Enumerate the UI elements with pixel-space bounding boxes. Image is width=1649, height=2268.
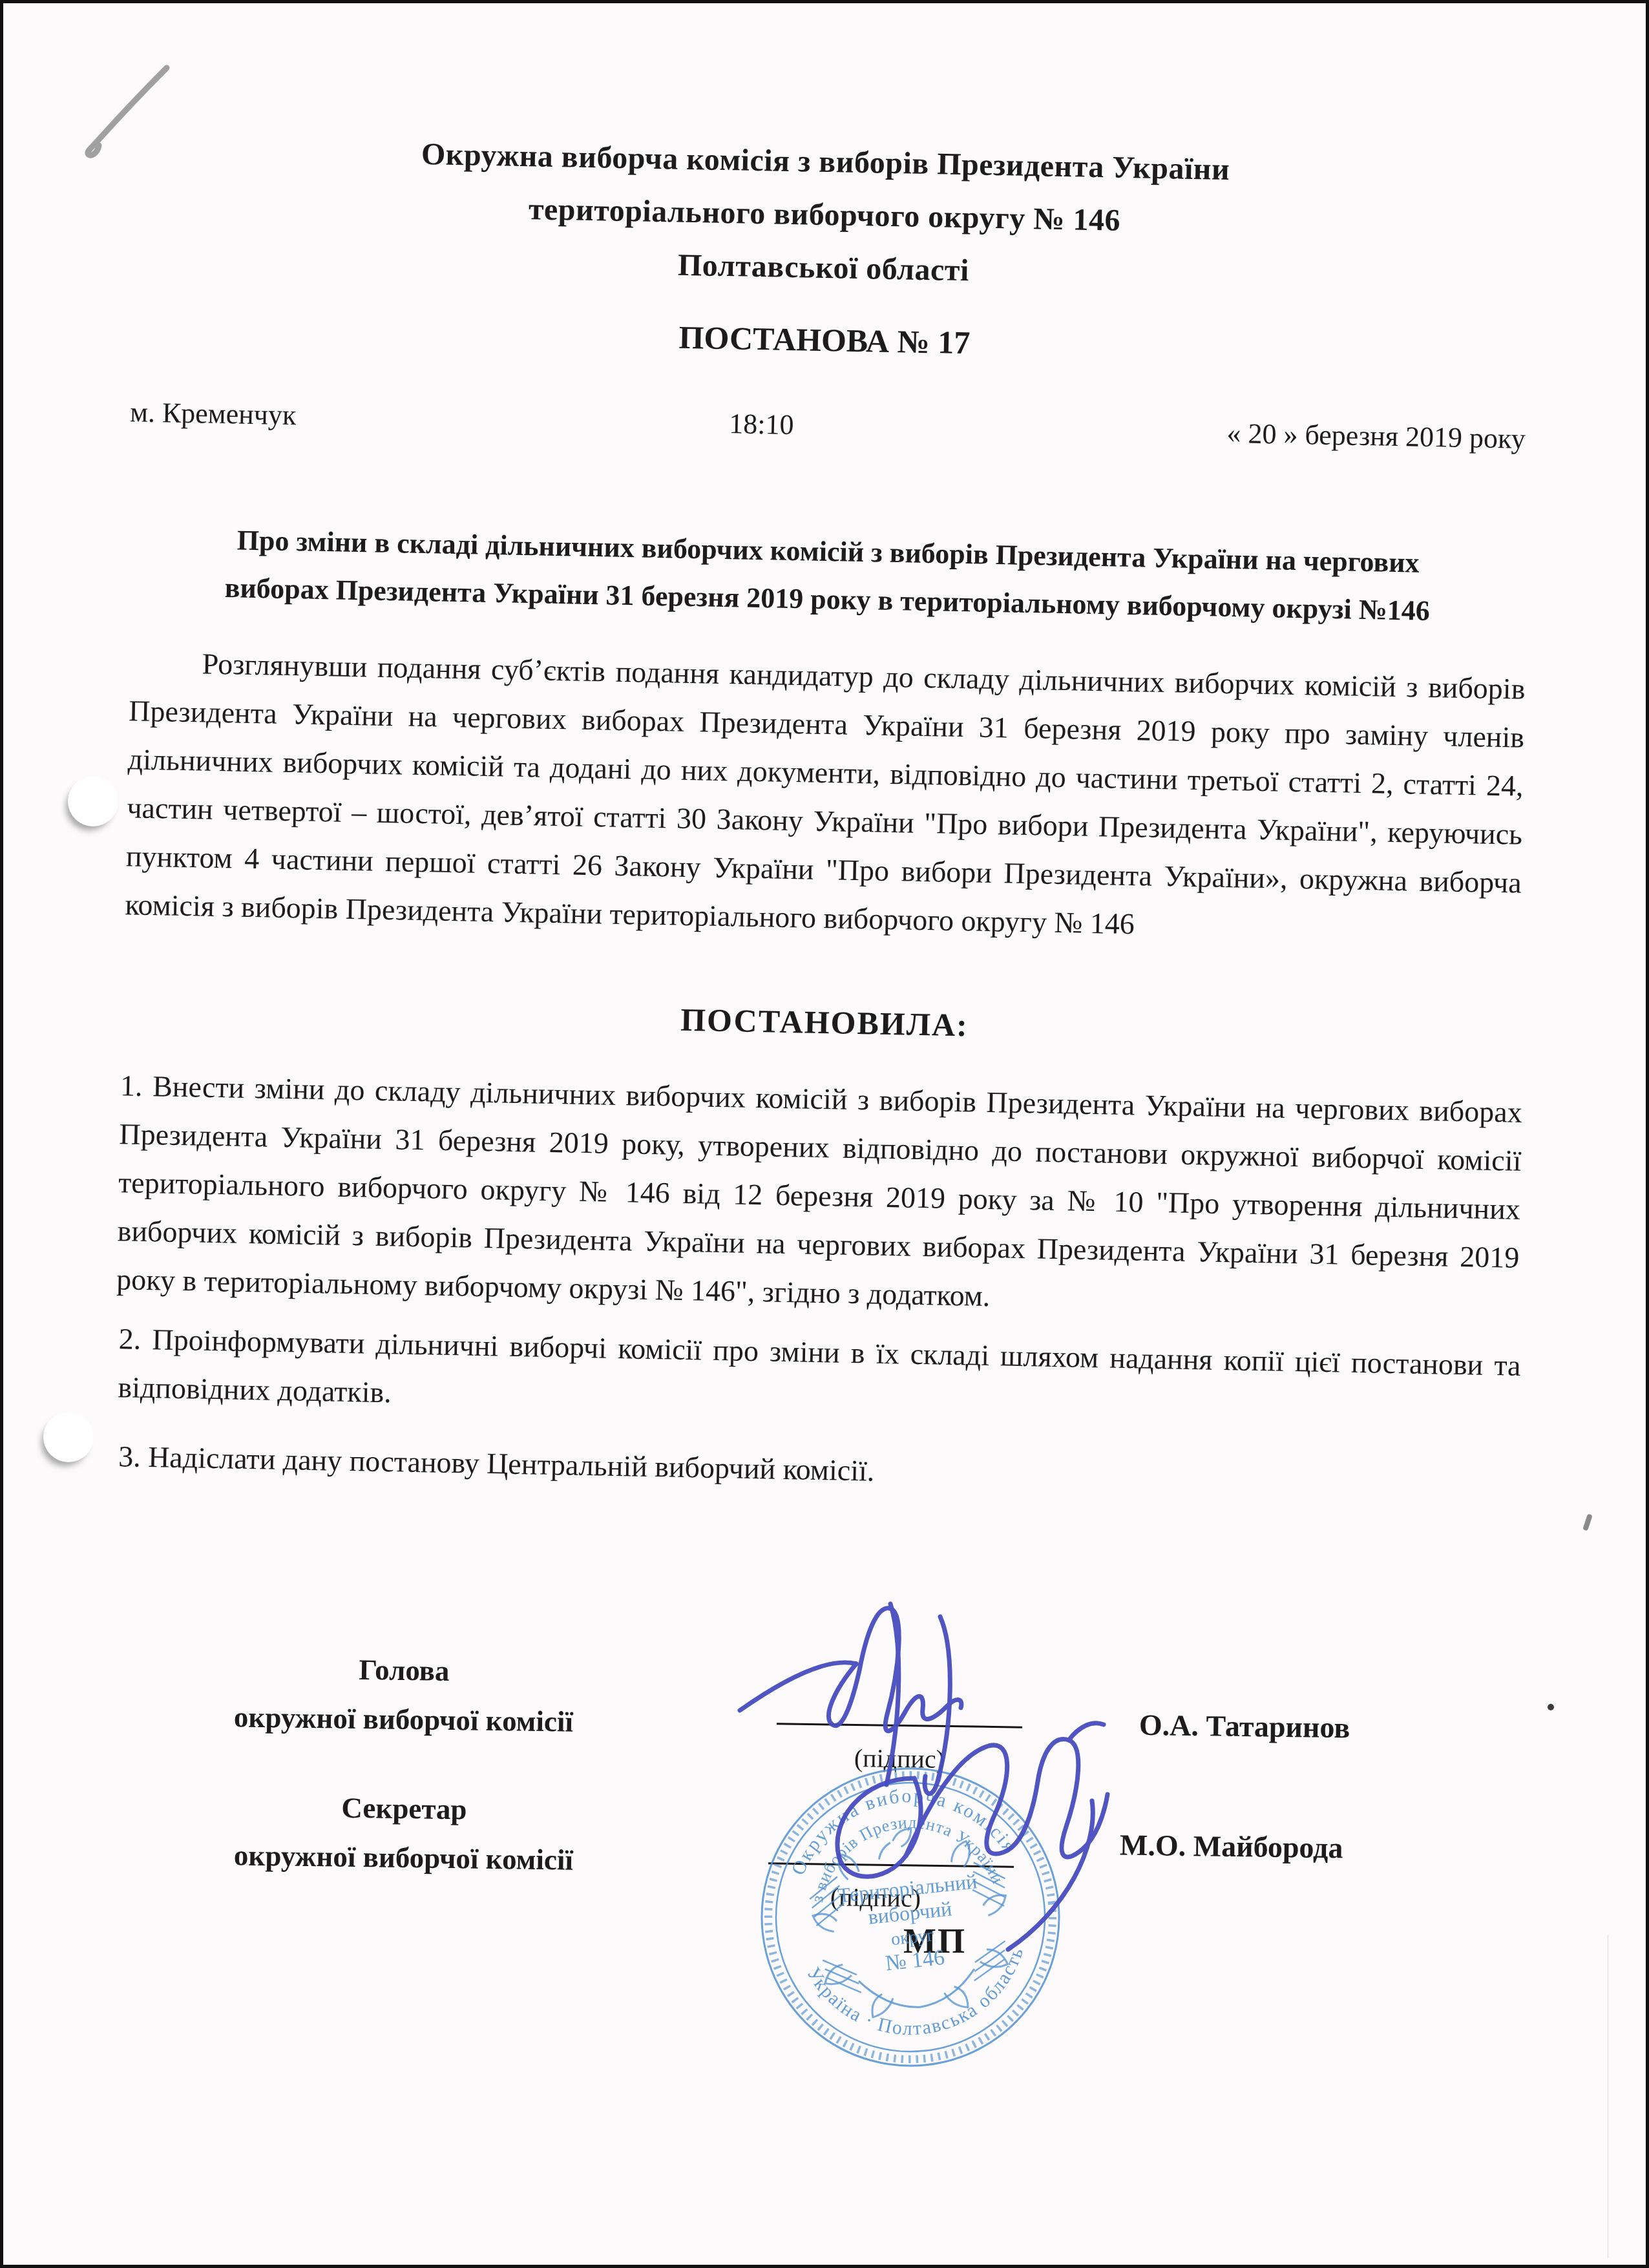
resolution-item-2: 2. Проінформувати дільничні виборчі комі…: [118, 1314, 1521, 1438]
ink-speck: [1548, 1704, 1554, 1710]
hole-punch-shadow: [68, 776, 118, 826]
secretary-handwritten-signature: [795, 1717, 1131, 1975]
letterhead: Окружна виборча комісія з виборів Презид…: [2, 120, 1647, 311]
date-label: « 20 » березня 2019 року: [1226, 417, 1526, 456]
resolved-heading: ПОСТАНОВИЛА:: [3, 988, 1646, 1057]
preamble-paragraph: Розглянувши подання суб’єктів подання ка…: [125, 638, 1526, 955]
secretary-role-line-1: Секретар: [197, 1781, 611, 1836]
paper-fold-line: [1607, 1935, 1609, 2258]
hole-punch-shadow: [43, 1412, 94, 1462]
place-date-row: м. Кременчук 18:10 « 20 » березня 2019 р…: [130, 395, 1526, 455]
subject-heading: Про зміни в складі дільничних виборчих к…: [67, 513, 1588, 638]
secretary-role: Секретар окружної виборчої комісії: [196, 1781, 611, 1885]
chairman-role: Голова окружної виборчої комісії: [196, 1643, 611, 1747]
ink-speck: [1582, 1513, 1593, 1531]
chairman-role-line-1: Голова: [197, 1643, 611, 1698]
document-title: ПОСТАНОВА № 17: [3, 306, 1646, 375]
secretary-role-line-2: окружної виборчої комісії: [196, 1831, 611, 1885]
resolution-item-1: 1. Внести зміни до складу дільничних виб…: [116, 1061, 1523, 1330]
chairman-name: О.А. Татаринов: [1139, 1708, 1350, 1745]
chairman-role-line-2: окружної виборчої комісії: [196, 1692, 611, 1747]
place-label: м. Кременчук: [130, 395, 297, 432]
scanned-resolution-page: Окружна виборча комісія з виборів Презид…: [0, 0, 1649, 2268]
secretary-name: М.О. Майборода: [1120, 1828, 1343, 1865]
resolution-item-3: 3. Надіслати дану постанову Центральній …: [118, 1432, 1520, 1507]
time-label: 18:10: [729, 407, 794, 441]
